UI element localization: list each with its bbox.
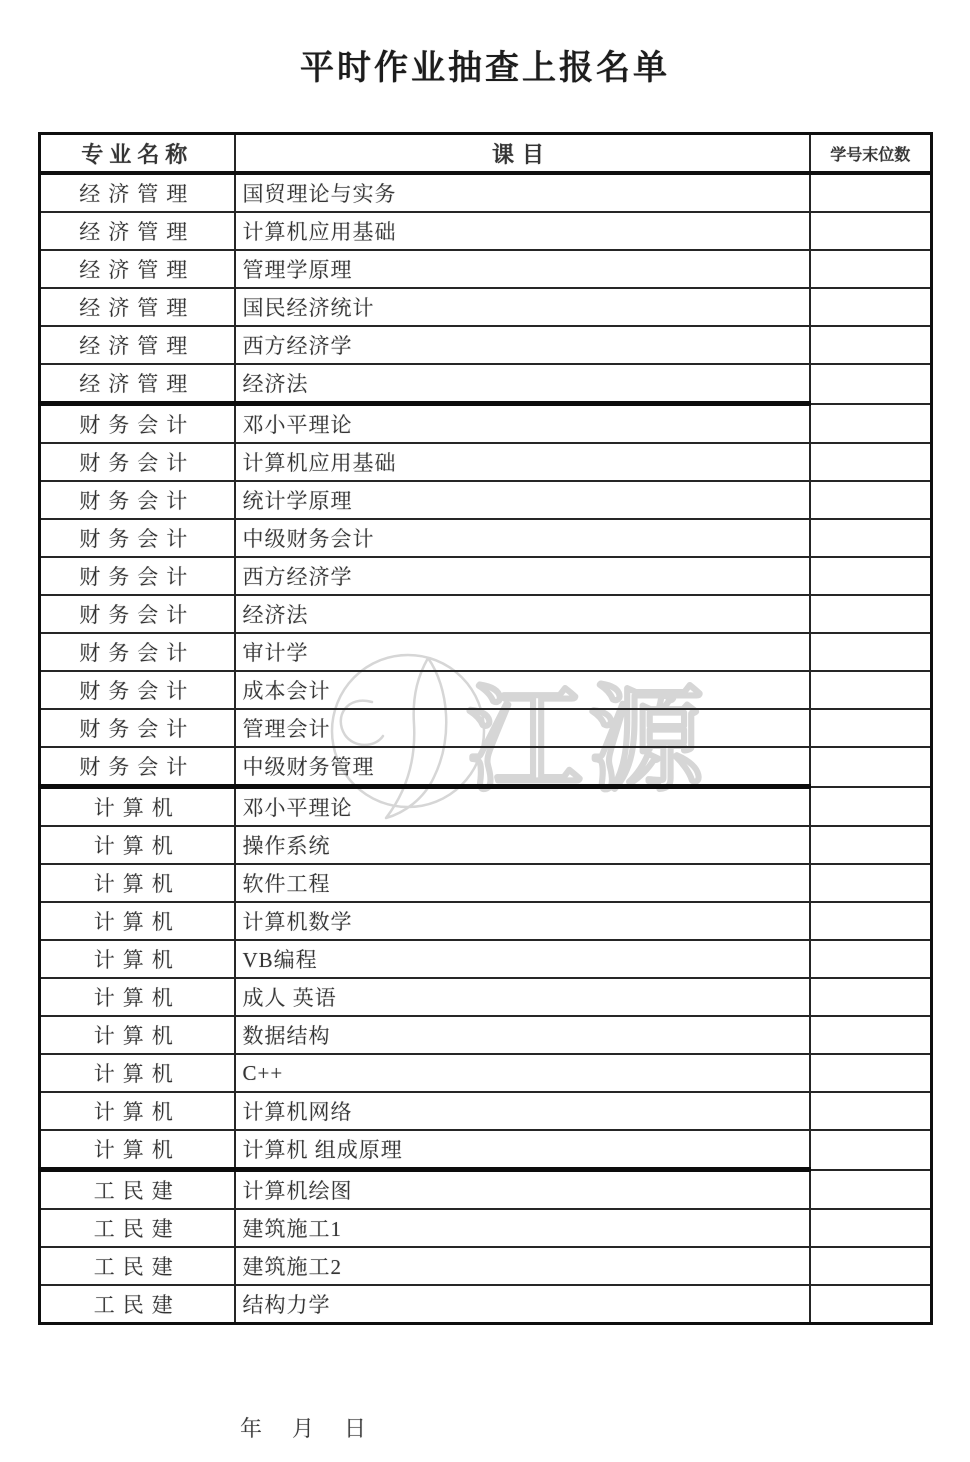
id-digits-cell — [810, 288, 932, 326]
course-cell: 管理会计 — [235, 709, 810, 747]
id-digits-cell — [810, 671, 932, 709]
major-cell: 工民建 — [40, 1209, 235, 1247]
id-digits-cell — [810, 326, 932, 364]
id-digits-cell — [810, 212, 932, 250]
table-row: 财务会计邓小平理论 — [40, 404, 932, 444]
header-major: 专业名称 — [40, 134, 235, 174]
table-row: 经济管理西方经济学 — [40, 326, 932, 364]
course-cell: 西方经济学 — [235, 557, 810, 595]
id-digits-cell — [810, 902, 932, 940]
major-cell: 财务会计 — [40, 404, 235, 444]
table-row: 财务会计中级财务会计 — [40, 519, 932, 557]
day-label: 日 — [344, 1412, 366, 1443]
major-cell: 经济管理 — [40, 212, 235, 250]
table-row: 经济管理国民经济统计 — [40, 288, 932, 326]
major-cell: 计算机 — [40, 978, 235, 1016]
course-cell: C++ — [235, 1054, 810, 1092]
major-cell: 财务会计 — [40, 747, 235, 787]
course-cell: 管理学原理 — [235, 250, 810, 288]
table-row: 经济管理计算机应用基础 — [40, 212, 932, 250]
table-row: 财务会计西方经济学 — [40, 557, 932, 595]
course-cell: 成人 英语 — [235, 978, 810, 1016]
major-cell: 计算机 — [40, 864, 235, 902]
major-cell: 工民建 — [40, 1247, 235, 1285]
course-cell: 软件工程 — [235, 864, 810, 902]
major-cell: 工民建 — [40, 1170, 235, 1210]
table-row: 财务会计成本会计 — [40, 671, 932, 709]
table-row: 工民建建筑施工2 — [40, 1247, 932, 1285]
table-row: 经济管理国贸理论与实务 — [40, 173, 932, 212]
header-id-digits: 学号末位数 — [810, 134, 932, 174]
course-cell: 计算机绘图 — [235, 1170, 810, 1210]
course-cell: 建筑施工2 — [235, 1247, 810, 1285]
course-cell: 邓小平理论 — [235, 787, 810, 827]
report-table: 专业名称 课目 学号末位数 经济管理国贸理论与实务经济管理计算机应用基础经济管理… — [38, 132, 933, 1325]
id-digits-cell — [810, 364, 932, 404]
id-digits-cell — [810, 404, 932, 444]
table-row: 计算机操作系统 — [40, 826, 932, 864]
table-header-row: 专业名称 课目 学号末位数 — [40, 134, 932, 174]
course-cell: 成本会计 — [235, 671, 810, 709]
id-digits-cell — [810, 1130, 932, 1170]
course-cell: 国贸理论与实务 — [235, 173, 810, 212]
major-cell: 财务会计 — [40, 481, 235, 519]
table-row: 计算机计算机数学 — [40, 902, 932, 940]
table-row: 计算机数据结构 — [40, 1016, 932, 1054]
major-cell: 财务会计 — [40, 519, 235, 557]
major-cell: 经济管理 — [40, 326, 235, 364]
major-cell: 计算机 — [40, 1054, 235, 1092]
id-digits-cell — [810, 1092, 932, 1130]
major-cell: 经济管理 — [40, 250, 235, 288]
major-cell: 计算机 — [40, 1130, 235, 1170]
id-digits-cell — [810, 481, 932, 519]
major-cell: 计算机 — [40, 1092, 235, 1130]
table-row: 财务会计统计学原理 — [40, 481, 932, 519]
id-digits-cell — [810, 250, 932, 288]
course-cell: 统计学原理 — [235, 481, 810, 519]
major-cell: 计算机 — [40, 787, 235, 827]
id-digits-cell — [810, 595, 932, 633]
major-cell: 财务会计 — [40, 595, 235, 633]
id-digits-cell — [810, 173, 932, 212]
table-row: 财务会计管理会计 — [40, 709, 932, 747]
major-cell: 财务会计 — [40, 671, 235, 709]
table-row: 财务会计计算机应用基础 — [40, 443, 932, 481]
table-row: 计算机软件工程 — [40, 864, 932, 902]
table-row: 计算机成人 英语 — [40, 978, 932, 1016]
id-digits-cell — [810, 864, 932, 902]
id-digits-cell — [810, 1016, 932, 1054]
table-row: 计算机计算机 组成原理 — [40, 1130, 932, 1170]
table-row: 财务会计经济法 — [40, 595, 932, 633]
table-row: 计算机邓小平理论 — [40, 787, 932, 827]
table-row: 财务会计审计学 — [40, 633, 932, 671]
id-digits-cell — [810, 633, 932, 671]
id-digits-cell — [810, 787, 932, 827]
major-cell: 经济管理 — [40, 364, 235, 404]
course-cell: 计算机数学 — [235, 902, 810, 940]
major-cell: 经济管理 — [40, 173, 235, 212]
id-digits-cell — [810, 709, 932, 747]
course-cell: 邓小平理论 — [235, 404, 810, 444]
id-digits-cell — [810, 1247, 932, 1285]
course-cell: 计算机应用基础 — [235, 212, 810, 250]
year-label: 年 — [240, 1412, 262, 1443]
id-digits-cell — [810, 978, 932, 1016]
table-row: 计算机VB编程 — [40, 940, 932, 978]
id-digits-cell — [810, 1054, 932, 1092]
course-cell: 中级财务管理 — [235, 747, 810, 787]
id-digits-cell — [810, 1170, 932, 1210]
id-digits-cell — [810, 1209, 932, 1247]
course-cell: 结构力学 — [235, 1285, 810, 1324]
id-digits-cell — [810, 557, 932, 595]
course-cell: 计算机 组成原理 — [235, 1130, 810, 1170]
month-label: 月 — [292, 1412, 314, 1443]
course-cell: 计算机网络 — [235, 1092, 810, 1130]
course-cell: VB编程 — [235, 940, 810, 978]
id-digits-cell — [810, 826, 932, 864]
id-digits-cell — [810, 519, 932, 557]
course-cell: 操作系统 — [235, 826, 810, 864]
table-row: 工民建计算机绘图 — [40, 1170, 932, 1210]
course-cell: 经济法 — [235, 595, 810, 633]
header-course: 课目 — [235, 134, 810, 174]
id-digits-cell — [810, 940, 932, 978]
page-title: 平时作业抽查上报名单 — [0, 40, 970, 89]
table-row: 计算机C++ — [40, 1054, 932, 1092]
course-cell: 国民经济统计 — [235, 288, 810, 326]
table-body: 经济管理国贸理论与实务经济管理计算机应用基础经济管理管理学原理经济管理国民经济统… — [40, 173, 932, 1324]
major-cell: 计算机 — [40, 1016, 235, 1054]
date-line: 年 月 日 — [240, 1412, 366, 1443]
course-cell: 计算机应用基础 — [235, 443, 810, 481]
course-cell: 中级财务会计 — [235, 519, 810, 557]
major-cell: 计算机 — [40, 826, 235, 864]
major-cell: 计算机 — [40, 902, 235, 940]
course-cell: 审计学 — [235, 633, 810, 671]
id-digits-cell — [810, 1285, 932, 1324]
major-cell: 工民建 — [40, 1285, 235, 1324]
table-row: 计算机计算机网络 — [40, 1092, 932, 1130]
table-row: 工民建结构力学 — [40, 1285, 932, 1324]
course-cell: 经济法 — [235, 364, 810, 404]
course-cell: 数据结构 — [235, 1016, 810, 1054]
course-cell: 西方经济学 — [235, 326, 810, 364]
table-row: 工民建建筑施工1 — [40, 1209, 932, 1247]
course-cell: 建筑施工1 — [235, 1209, 810, 1247]
major-cell: 财务会计 — [40, 633, 235, 671]
major-cell: 财务会计 — [40, 709, 235, 747]
major-cell: 经济管理 — [40, 288, 235, 326]
id-digits-cell — [810, 443, 932, 481]
major-cell: 财务会计 — [40, 443, 235, 481]
major-cell: 计算机 — [40, 940, 235, 978]
table-row: 财务会计中级财务管理 — [40, 747, 932, 787]
major-cell: 财务会计 — [40, 557, 235, 595]
table-row: 经济管理管理学原理 — [40, 250, 932, 288]
table-row: 经济管理经济法 — [40, 364, 932, 404]
id-digits-cell — [810, 747, 932, 787]
